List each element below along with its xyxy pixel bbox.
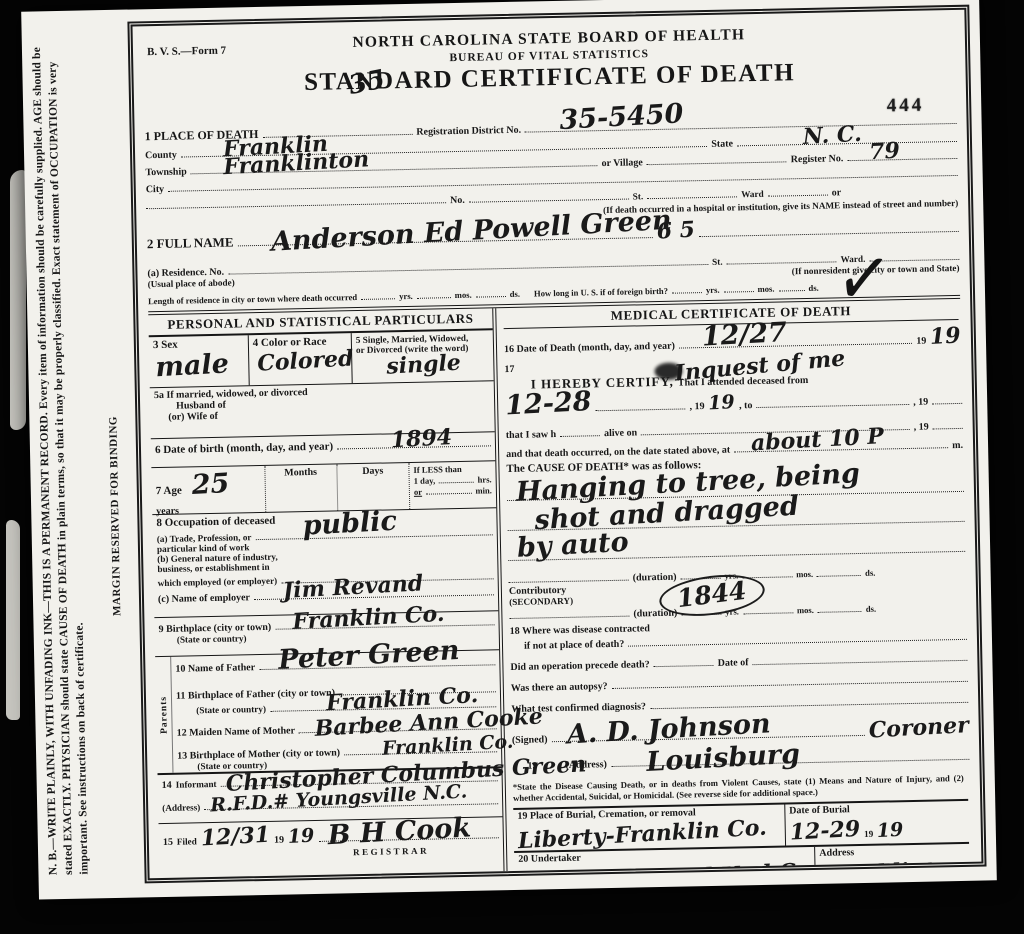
ds-label: ds.: [866, 604, 876, 614]
filed-block: 15 Filed 12/31 19 19 B H Cook REGISTRAR: [159, 817, 504, 883]
yrs-label: yrs.: [706, 285, 720, 295]
occupation-value: public: [302, 506, 398, 542]
margin-nb-note: N. B.—WRITE PLAINLY, WITH UNFADING INK—T…: [30, 30, 113, 875]
torn-paper-edge: [10, 170, 26, 430]
state-value: N. C.: [802, 121, 862, 150]
certificate-paper: N. B.—WRITE PLAINLY, WITH UNFADING INK—T…: [21, 0, 997, 900]
age-label: 7 Age: [156, 485, 182, 498]
attended-from-year: 19: [708, 391, 736, 414]
filed-date: 12/31: [200, 822, 271, 852]
test-label: What test confirmed diagnosis?: [511, 701, 646, 715]
sex-cell: 3 Sex male: [149, 335, 250, 387]
marital-cell: 5 Single, Married, Widowed, or Divorced …: [352, 330, 494, 383]
days-cell: Days: [337, 463, 410, 510]
yr19-label: . 19: [522, 760, 537, 771]
mos-label: mos.: [757, 284, 774, 294]
full-name-label: 2 FULL NAME: [147, 234, 234, 252]
months-label: Months: [269, 467, 332, 479]
dod-label: 16 Date of Death (month, day, and year): [504, 341, 675, 355]
date-of-death-row: 16 Date of Death (month, day, and year) …: [504, 323, 961, 358]
sex-value: male: [155, 348, 230, 383]
lbl19c: , 19: [914, 422, 929, 433]
occ-b3: which employed (or employer): [158, 576, 278, 588]
parents-label: Parents: [158, 696, 169, 734]
abode-note: (Usual place of abode): [148, 277, 235, 289]
months-cell: Months: [265, 464, 338, 511]
st-label: St.: [633, 191, 644, 201]
certify-num: 17: [504, 364, 514, 375]
yrs-label: yrs.: [399, 291, 413, 301]
attended-from-value: 12-28: [504, 386, 592, 422]
lbl19a: , 19: [690, 401, 705, 412]
age-row: 7 Age 25 years Months Days If LESS than: [151, 461, 496, 515]
place-of-death-section: ✓ 1 PLACE OF DEATH Registration District…: [145, 112, 960, 306]
torn-paper-edge: [6, 520, 20, 720]
registration-district-value: 35-5450: [559, 98, 684, 136]
employer-label: (c) Name of employer: [158, 592, 250, 605]
burial-date-value: 12-29: [789, 815, 861, 845]
certificate-form: B. V. S.—Form 7 NORTH CAROLINA STATE BOA…: [127, 5, 986, 884]
ds-label: ds.: [865, 568, 875, 578]
operation-label: Did an operation precede death?: [510, 659, 649, 673]
age-cell: 7 Age 25 years: [151, 466, 265, 514]
signed-address-row: . 19 (Address) Louisburg: [512, 748, 969, 772]
birthplace-label: 9 Birthplace (city or town): [159, 622, 272, 635]
lbl19b: , 19: [913, 397, 928, 408]
father-bp-sub: (State or country): [196, 704, 266, 715]
mos-label: mos.: [797, 605, 814, 615]
or-label: or: [414, 487, 422, 497]
burial-date-year: 19: [877, 818, 905, 841]
columns: PERSONAL AND STATISTICAL PARTICULARS 3 S…: [148, 295, 971, 883]
margin-reserved-text: MARGIN RESERVED FOR BINDING: [105, 276, 130, 616]
m-label: m.: [952, 440, 963, 451]
medical-column: MEDICAL CERTIFICATE OF DEATH 16 Date of …: [496, 299, 971, 883]
operation-row: Did an operation precede death? Date of: [510, 649, 967, 673]
personal-column: PERSONAL AND STATISTICAL PARTICULARS 3 S…: [148, 308, 508, 883]
alive-on-label: alive on: [604, 427, 637, 439]
autopsy-label: Was there an autopsy?: [511, 681, 608, 694]
state-label: State: [711, 138, 733, 149]
mos-label: mos.: [455, 290, 472, 300]
days-label: Days: [341, 465, 404, 477]
or-label: or: [832, 187, 842, 198]
race-value: Colored: [256, 345, 353, 376]
race-cell: 4 Color or Race Colored: [248, 333, 352, 385]
saw-label: that I saw h: [506, 429, 557, 441]
full-name-annotation: 6 5: [656, 217, 696, 245]
mos-label: mos.: [796, 569, 813, 579]
signed-label: (Signed): [512, 734, 548, 746]
form-number: B. V. S.—Form 7: [147, 45, 226, 59]
dod-19: 19: [916, 336, 926, 347]
register-no-value: 79: [868, 138, 900, 166]
ds-label: ds.: [808, 283, 818, 293]
township-label: Township: [145, 166, 187, 178]
ward-label: Ward: [741, 189, 764, 199]
q18-label2: if not at place of death?: [524, 639, 624, 652]
to-label: , to: [739, 400, 753, 411]
min-label: min.: [475, 485, 492, 495]
autopsy-row: Was there an autopsy?: [511, 670, 968, 694]
burial-date-label: Date of Burial: [789, 802, 964, 817]
operation-date-label: Date of: [718, 657, 749, 669]
age-value: 25: [191, 468, 230, 501]
length-residence-label: Length of residence in city or town wher…: [148, 292, 357, 306]
dob-label: 6 Date of birth (month, day, and year): [155, 441, 333, 457]
certify-rest: That I attended deceased from: [678, 375, 809, 389]
duration-label: (duration): [633, 572, 677, 584]
certify-block: Inquest of me 17 I HEREBY CERTIFY, That …: [504, 355, 962, 420]
dod-value: 12/27: [701, 317, 788, 353]
parents-group: Parents 10 Name of Father Peter Green 11…: [155, 650, 501, 775]
signed-addr-label: (Address): [565, 759, 607, 771]
form-header: B. V. S.—Form 7 NORTH CAROLINA STATE BOA…: [143, 22, 957, 126]
dod-year: 19: [930, 322, 962, 350]
foreign-birth-label: How long in U. S. if of foreign birth?: [534, 286, 668, 299]
informant-num: 14: [162, 780, 172, 791]
registration-district-label: Registration District No.: [416, 125, 521, 138]
mother-label: 12 Maiden Name of Mother: [177, 725, 296, 738]
less2-label: 1 day,: [414, 475, 436, 485]
residence-st-label: St.: [712, 257, 723, 267]
county-label: County: [145, 150, 177, 162]
cause-of-death-block: The CAUSE OF DEATH* was as follows: Hang…: [506, 451, 965, 561]
dob-value: 1894: [390, 424, 453, 453]
informant-addr-label: (Address): [162, 802, 200, 813]
occupation-block: 8 Occupation of deceased (a) Trade, Prof…: [152, 508, 498, 618]
marital-value: single: [386, 350, 462, 380]
register-no-label: Register No.: [791, 153, 844, 165]
no-label: No.: [450, 195, 465, 206]
ds-label: ds.: [510, 289, 520, 299]
undertaker-addr-value: Franklinton: [819, 855, 966, 883]
signed-title: Coroner: [868, 712, 969, 743]
pencil-mark: 35: [346, 65, 387, 101]
hrs-label: hrs.: [477, 474, 491, 484]
filed-year: 19: [287, 825, 315, 848]
filed-num: 15: [163, 837, 173, 848]
burial-date-19: 19: [864, 828, 873, 838]
scan-background: N. B.—WRITE PLAINLY, WITH UNFADING INK—T…: [0, 0, 1024, 934]
informant-label: Informant: [176, 779, 217, 790]
or-village-label: or Village: [601, 157, 642, 169]
cause-line3: by auto: [516, 527, 629, 564]
father-label: 10 Name of Father: [175, 662, 255, 675]
occ-a2: particular kind of work: [157, 542, 252, 554]
city-label: City: [146, 184, 165, 195]
filed-label: Filed: [177, 836, 197, 846]
filed-19: 19: [274, 835, 284, 846]
less-than-day-cell: If LESS than 1 day,hrs. ormin.: [409, 461, 496, 509]
sex-race-marital-row: 3 Sex male 4 Color or Race Colored 5 Sin…: [149, 330, 494, 388]
